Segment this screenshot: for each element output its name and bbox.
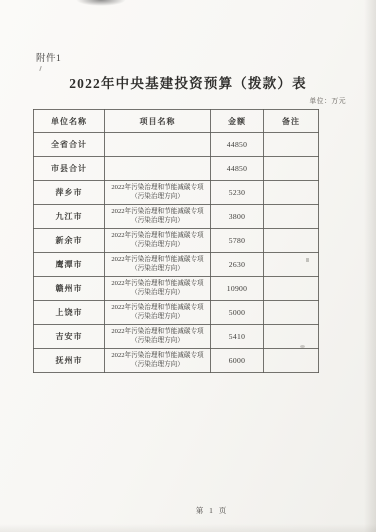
note-cell xyxy=(264,277,319,301)
scan-edge-shadow-bottom xyxy=(0,524,376,532)
budget-table: 单位名称项目名称金额备注 全省合计44850市县合计44850萍乡市2022年污… xyxy=(33,109,319,373)
attachment-label: 附件1 xyxy=(36,50,61,64)
table-row: 萍乡市2022年污染治理和节能减碳专项（污染治理方向）5230 xyxy=(34,181,319,205)
page-number: 第 1 页 xyxy=(196,505,229,516)
unit-name-cell: 新余市 xyxy=(34,229,105,253)
table-header-row: 单位名称项目名称金额备注 xyxy=(34,110,319,133)
table-row: 九江市2022年污染治理和节能减碳专项（污染治理方向）3800 xyxy=(34,205,319,229)
table-row: 市县合计44850 xyxy=(34,157,319,181)
table-row: 新余市2022年污染治理和节能减碳专项（污染治理方向）5780 xyxy=(34,229,319,253)
unit-name-cell: 吉安市 xyxy=(34,325,105,349)
note-cell xyxy=(264,181,319,205)
project-name-cell xyxy=(105,157,211,181)
note-cell xyxy=(264,301,319,325)
amount-cell: 44850 xyxy=(211,157,264,181)
project-name-cell xyxy=(105,133,211,157)
unit-name-cell: 萍乡市 xyxy=(34,181,105,205)
project-name-cell: 2022年污染治理和节能减碳专项（污染治理方向） xyxy=(105,301,211,325)
amount-cell: 44850 xyxy=(211,133,264,157)
note-cell xyxy=(264,133,319,157)
unit-name-cell: 抚州市 xyxy=(34,349,105,373)
unit-name-cell: 九江市 xyxy=(34,205,105,229)
project-name-cell: 2022年污染治理和节能减碳专项（污染治理方向） xyxy=(105,181,211,205)
document-title: 2022年中央基建投资预算（拨款）表 xyxy=(0,72,376,92)
note-cell xyxy=(264,157,319,181)
unit-name-cell: 全省合计 xyxy=(34,133,105,157)
note-cell xyxy=(264,349,319,373)
unit-name-cell: 市县合计 xyxy=(34,157,105,181)
column-header-unit-name: 单位名称 xyxy=(34,110,105,133)
unit-note: 单位：万元 xyxy=(310,95,346,105)
column-header-project-name: 项目名称 xyxy=(105,110,211,133)
table-row: 吉安市2022年污染治理和节能减碳专项（污染治理方向）5410 xyxy=(34,325,319,349)
amount-cell: 5410 xyxy=(211,325,264,349)
table-row: 上饶市2022年污染治理和节能减碳专项（污染治理方向）5000 xyxy=(34,301,319,325)
note-cell xyxy=(264,205,319,229)
amount-cell: 6000 xyxy=(211,349,264,373)
scanned-document-page: 附件1 2022年中央基建投资预算（拨款）表 单位：万元 单位名称项目名称金额备… xyxy=(0,0,376,532)
project-name-cell: 2022年污染治理和节能减碳专项（污染治理方向） xyxy=(105,349,211,373)
amount-cell: 2630 xyxy=(211,253,264,277)
column-header-note: 备注 xyxy=(264,110,319,133)
project-name-cell: 2022年污染治理和节能减碳专项（污染治理方向） xyxy=(105,325,211,349)
unit-name-cell: 鹰潭市 xyxy=(34,253,105,277)
table-row: 全省合计44850 xyxy=(34,133,319,157)
amount-cell: 5000 xyxy=(211,301,264,325)
scan-stray-mark xyxy=(39,66,41,71)
project-name-cell: 2022年污染治理和节能减碳专项（污染治理方向） xyxy=(105,277,211,301)
note-cell xyxy=(264,253,319,277)
table-row: 赣州市2022年污染治理和节能减碳专项（污染治理方向）10900 xyxy=(34,277,319,301)
note-cell xyxy=(264,229,319,253)
note-cell xyxy=(264,325,319,349)
amount-cell: 10900 xyxy=(211,277,264,301)
amount-cell: 3800 xyxy=(211,205,264,229)
project-name-cell: 2022年污染治理和节能减碳专项（污染治理方向） xyxy=(105,229,211,253)
amount-cell: 5230 xyxy=(211,181,264,205)
unit-name-cell: 上饶市 xyxy=(34,301,105,325)
table-row: 抚州市2022年污染治理和节能减碳专项（污染治理方向）6000 xyxy=(34,349,319,373)
table-row: 鹰潭市2022年污染治理和节能减碳专项（污染治理方向）2630 xyxy=(34,253,319,277)
column-header-amount: 金额 xyxy=(211,110,264,133)
amount-cell: 5780 xyxy=(211,229,264,253)
unit-name-cell: 赣州市 xyxy=(34,277,105,301)
scan-smudge-artifact xyxy=(76,0,126,6)
project-name-cell: 2022年污染治理和节能减碳专项（污染治理方向） xyxy=(105,205,211,229)
project-name-cell: 2022年污染治理和节能减碳专项（污染治理方向） xyxy=(105,253,211,277)
